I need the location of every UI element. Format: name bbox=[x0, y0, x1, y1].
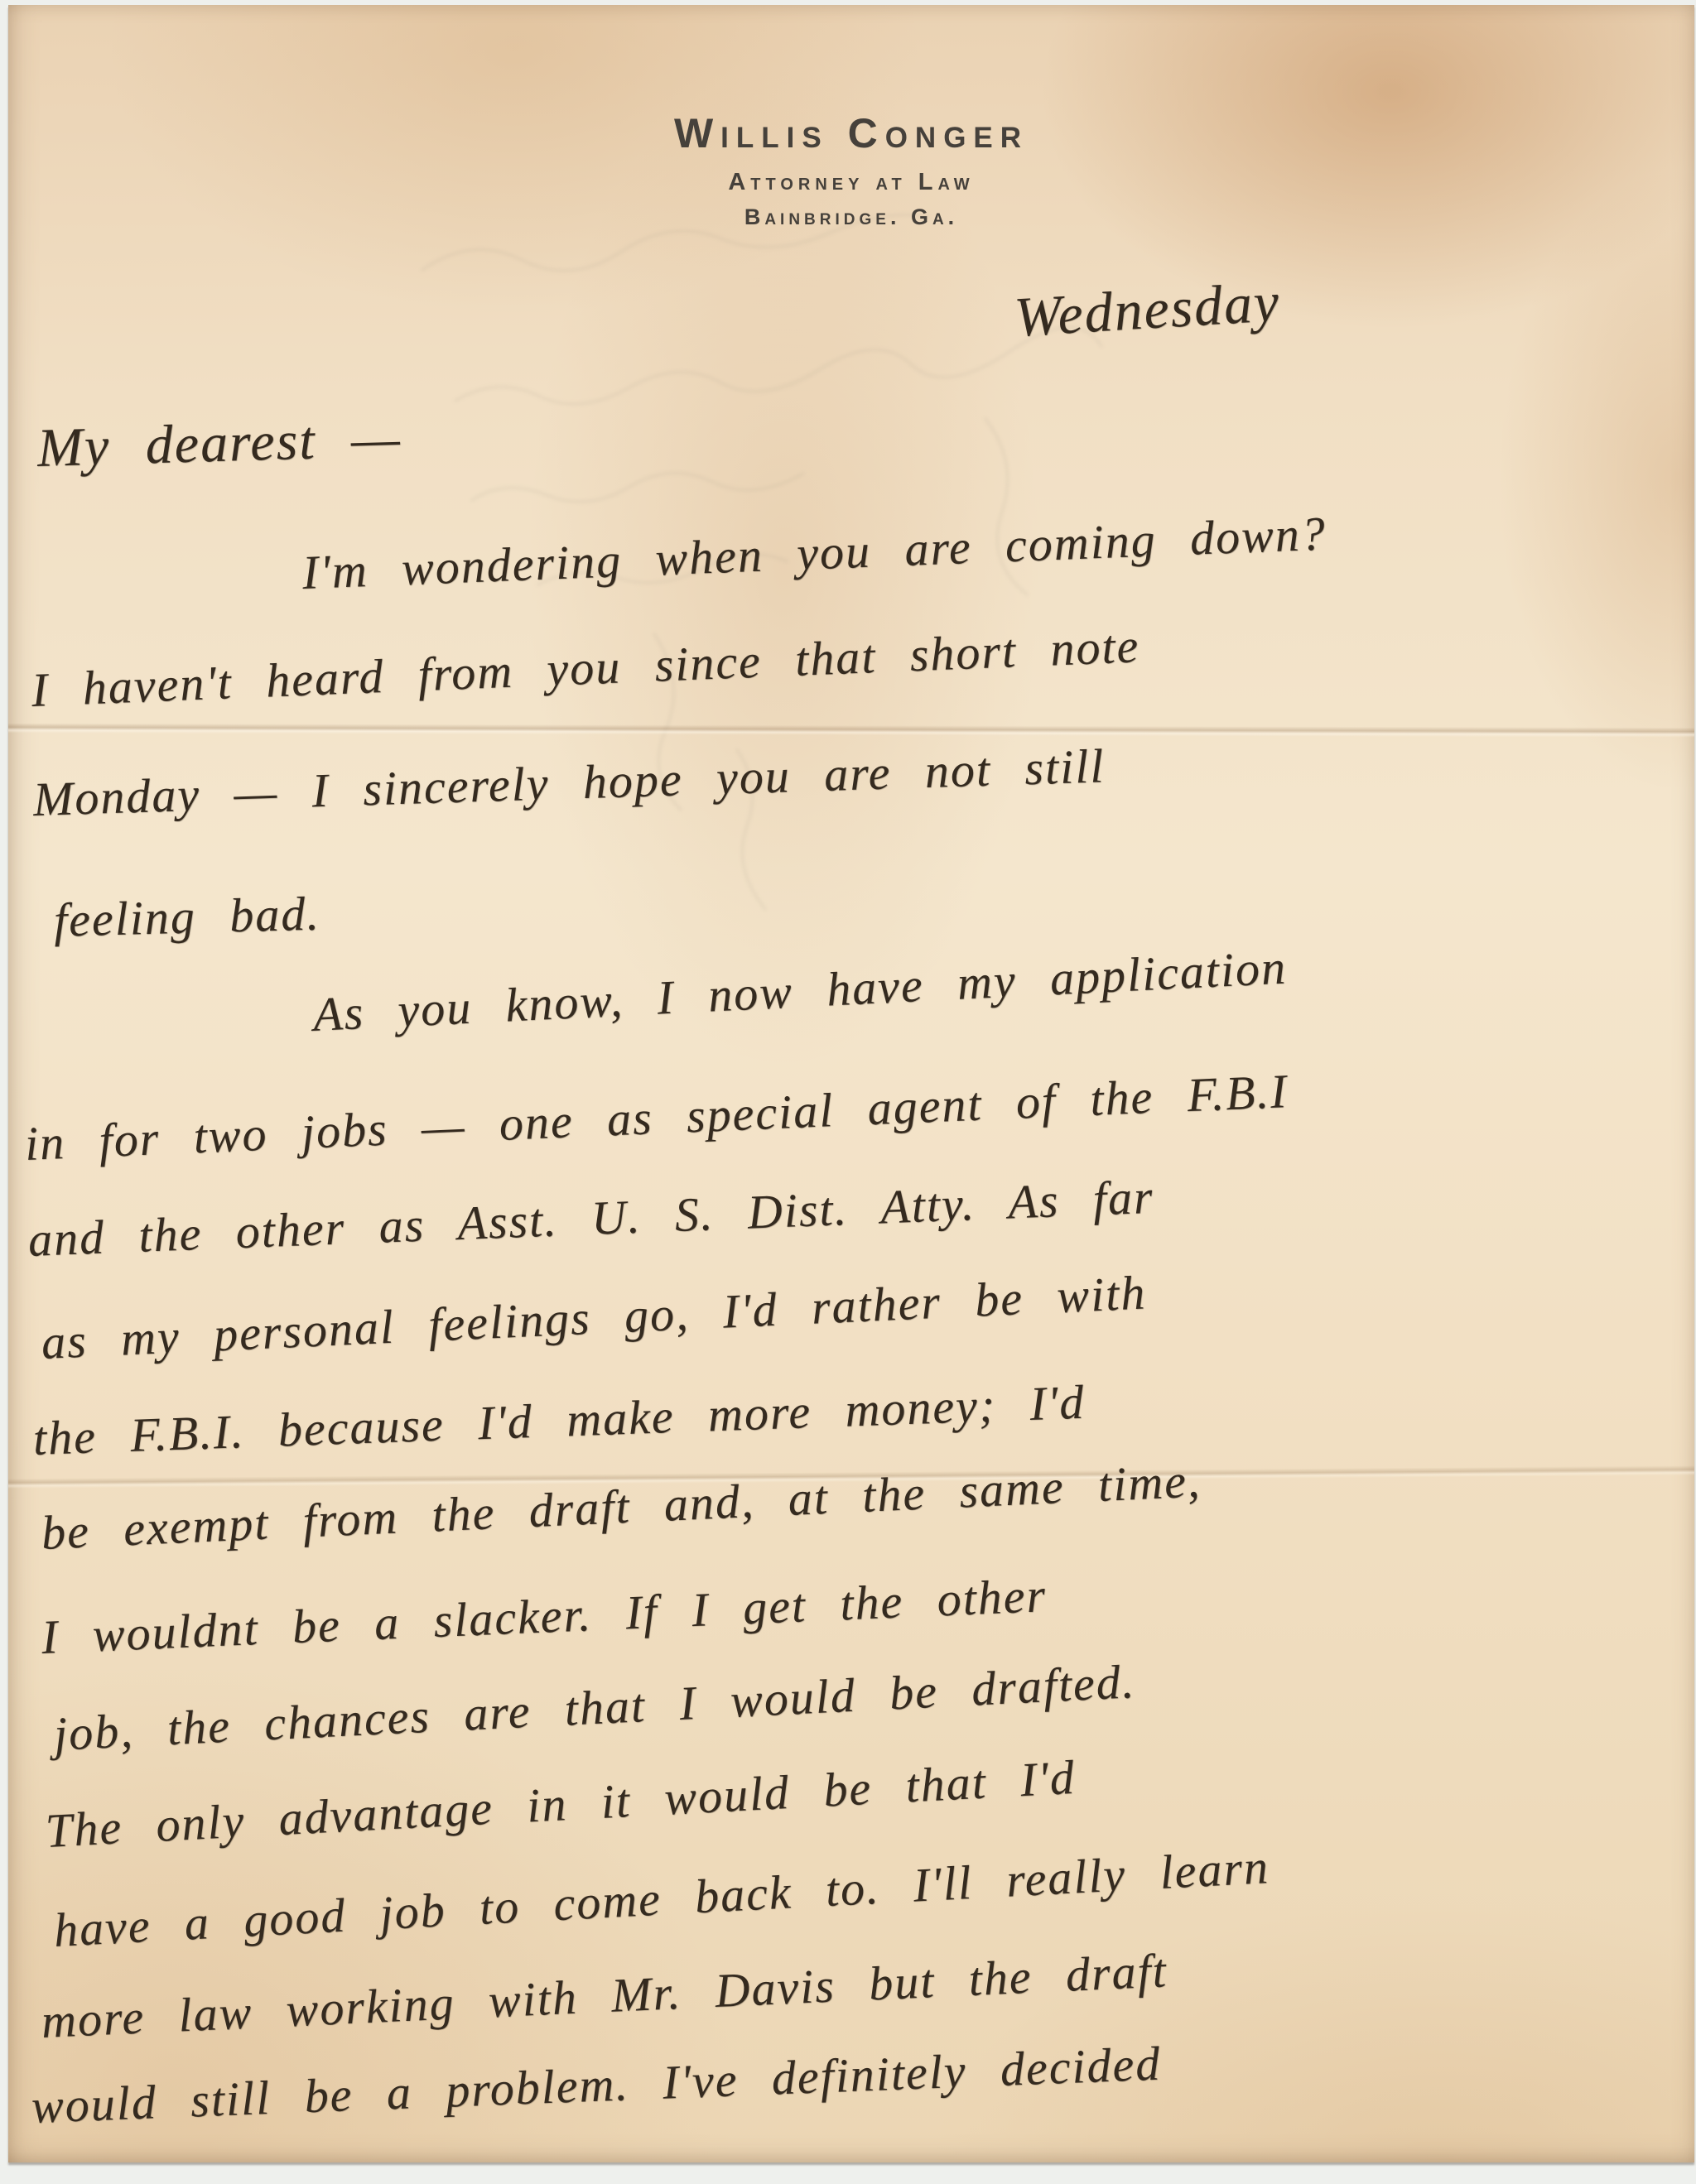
letter-line: more law working with Mr. Davis but the … bbox=[40, 1942, 1168, 2049]
letterhead-location: Bainbridge. Ga. bbox=[8, 204, 1694, 230]
letter-line: in for two jobs — one as special agent o… bbox=[24, 1063, 1289, 1171]
letterhead: Willis Conger Attorney at Law Bainbridge… bbox=[8, 109, 1694, 230]
letter-line: I wouldnt be a slacker. If I get the oth… bbox=[41, 1567, 1048, 1665]
letter-line: The only advantage in it would be that I… bbox=[44, 1749, 1077, 1859]
fold-crease-upper bbox=[8, 723, 1694, 737]
letter-line: As you know, I now have my application bbox=[311, 940, 1288, 1042]
letter-line: I'm wondering when you are coming down? bbox=[301, 506, 1327, 600]
letter-line: I haven't heard from you since that shor… bbox=[31, 618, 1141, 718]
letter-line: job, the chances are that I would be dra… bbox=[52, 1653, 1136, 1762]
salutation: My dearest — bbox=[36, 407, 402, 480]
letterhead-title: Attorney at Law bbox=[8, 169, 1694, 196]
letter-line: feeling bad. bbox=[53, 886, 320, 948]
letter-line: and the other as Asst. U. S. Dist. Atty.… bbox=[27, 1169, 1155, 1268]
letter-line: would still be a problem. I've definitel… bbox=[31, 2036, 1163, 2134]
scan-background: Willis Conger Attorney at Law Bainbridge… bbox=[0, 0, 1696, 2184]
letterhead-name: Willis Conger bbox=[8, 109, 1694, 157]
letter-line: as my personal feelings go, I'd rather b… bbox=[40, 1264, 1147, 1370]
letter-line: have a good job to come back to. I'll re… bbox=[52, 1839, 1270, 1958]
date-line: Wednesday bbox=[1013, 269, 1283, 350]
letter-line: the F.B.I. because I'd make more money; … bbox=[32, 1374, 1086, 1466]
letter-page: Willis Conger Attorney at Law Bainbridge… bbox=[8, 5, 1694, 2162]
letter-line: be exempt from the draft and, at the sam… bbox=[40, 1452, 1202, 1561]
letter-line: Monday — I sincerely hope you are not st… bbox=[32, 738, 1106, 827]
